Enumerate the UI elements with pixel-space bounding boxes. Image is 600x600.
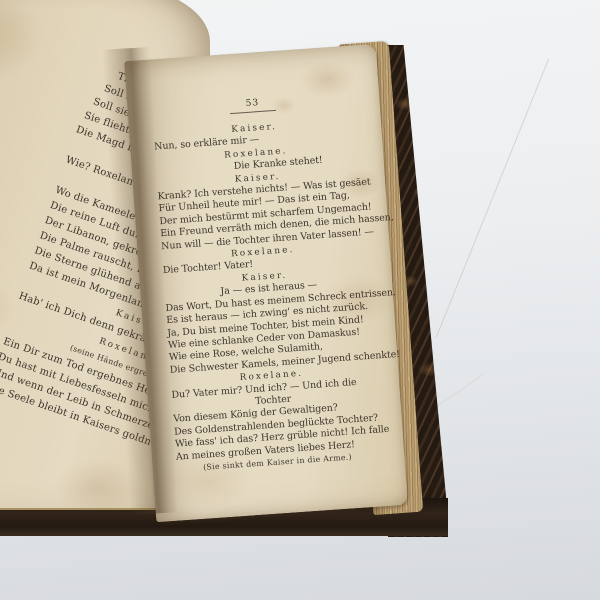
background-scratch [436, 59, 549, 338]
page-number: 53 [229, 97, 276, 114]
right-page: 53 Kaiser.Nun, so erkläre mir —Roxelane.… [124, 44, 408, 522]
book-photo: 52 Was soll das Mädchen thun? SieTreu zu… [0, 0, 600, 600]
right-page-text: 53 Kaiser.Nun, so erkläre mir —Roxelane.… [151, 91, 378, 476]
